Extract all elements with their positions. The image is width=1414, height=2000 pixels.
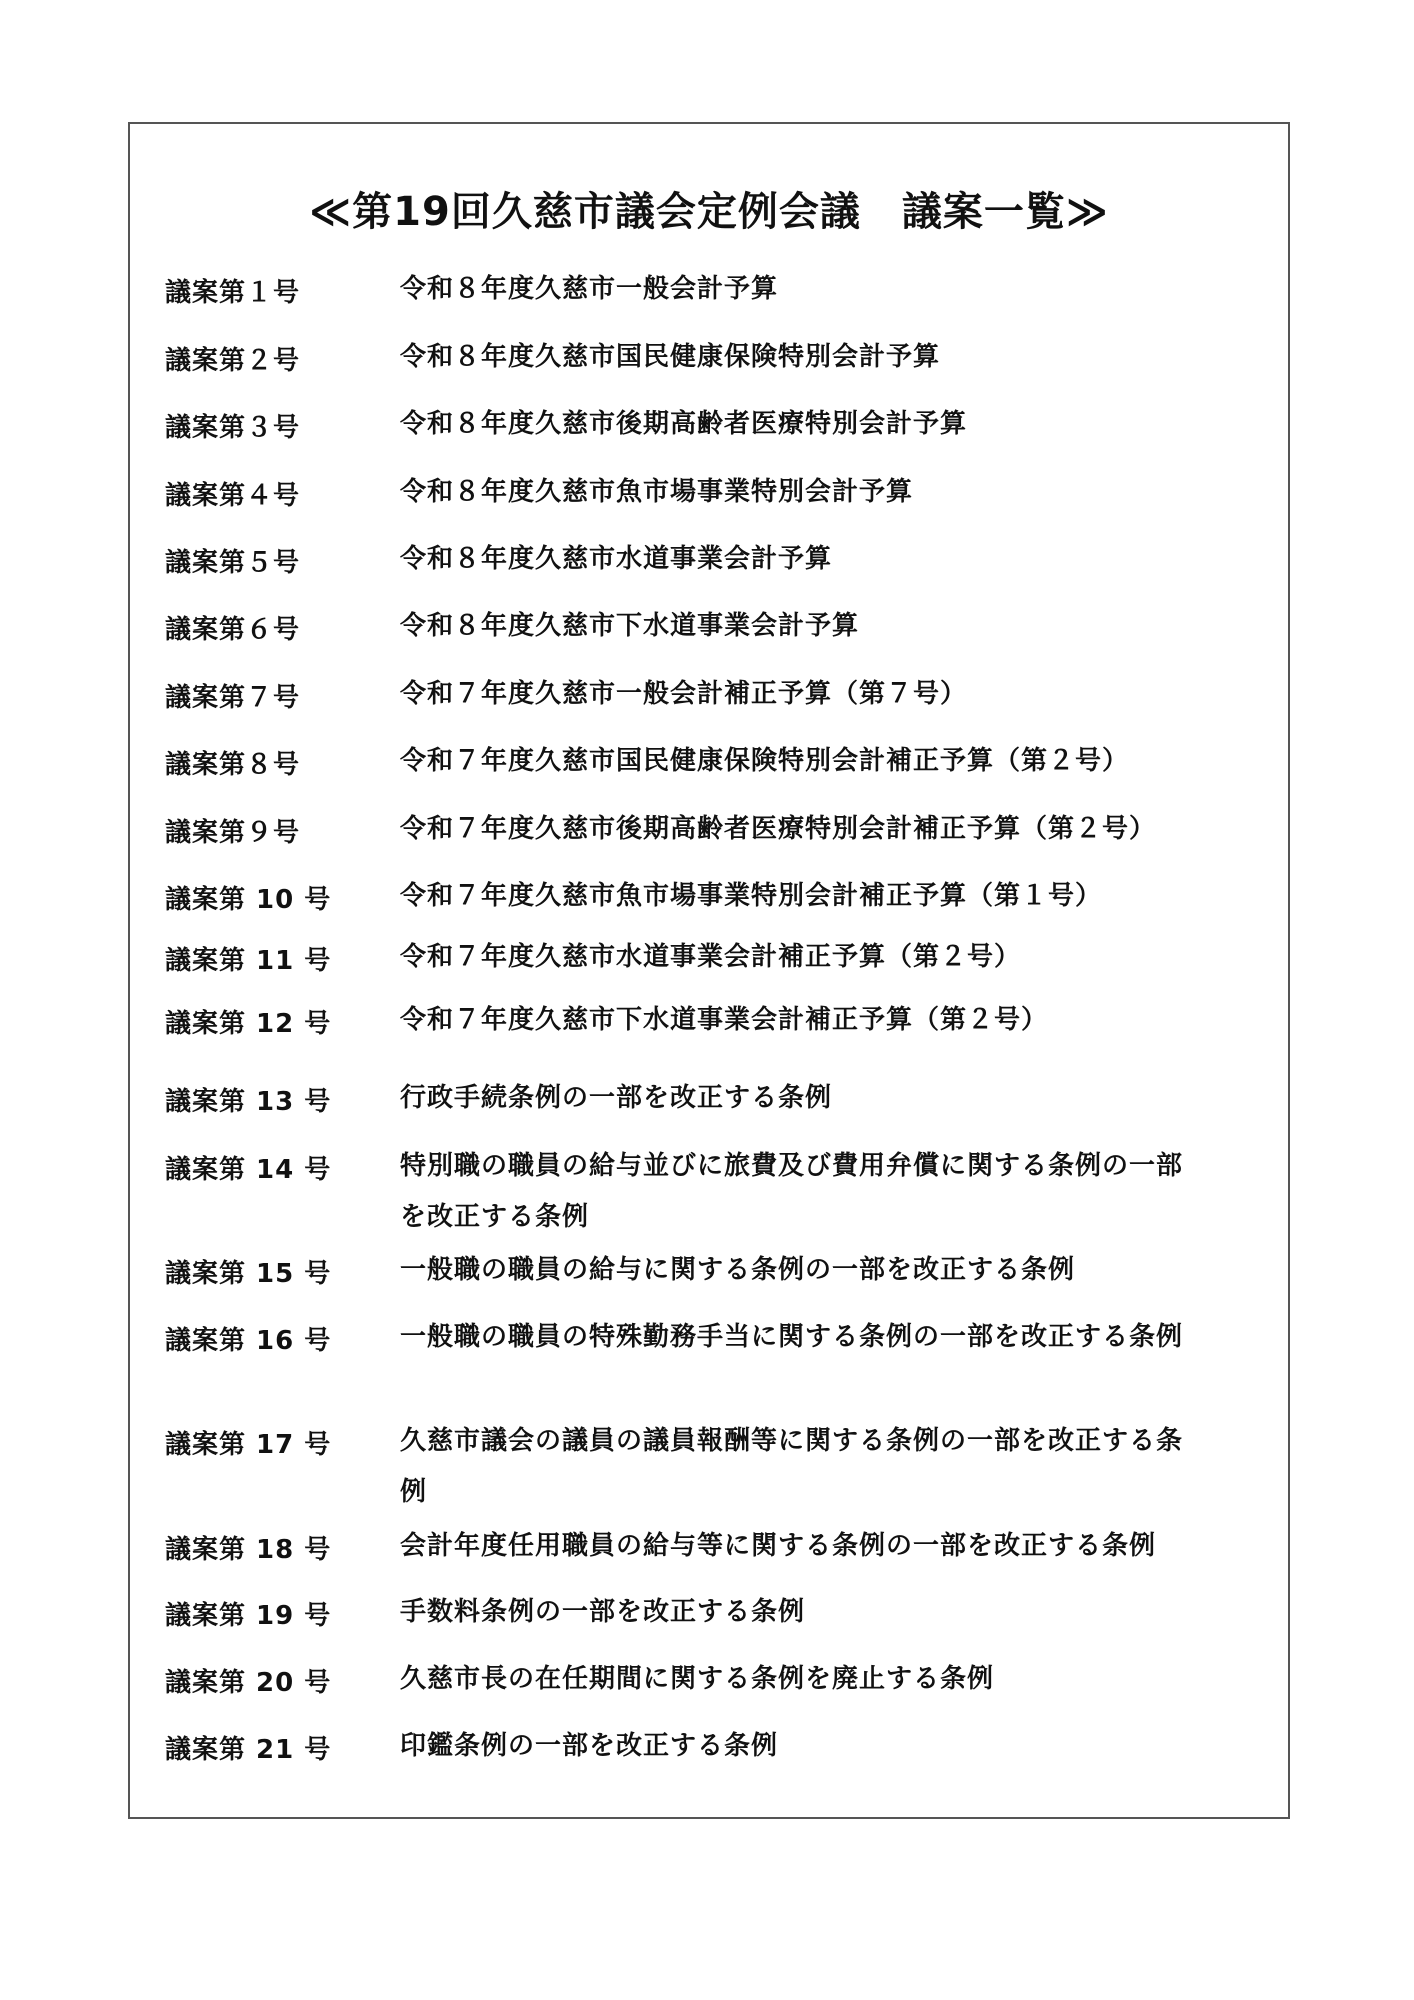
bill-title: 久慈市長の在任期間に関する条例を廃止する条例	[400, 1654, 1200, 1705]
bill-number: 議案第 21 号	[165, 1729, 331, 1766]
bill-number: 議案第５号	[165, 542, 300, 579]
bill-number: 議案第１号	[165, 272, 300, 309]
bill-number: 議案第６号	[165, 609, 300, 646]
bill-title: 一般職の職員の給与に関する条例の一部を改正する条例	[400, 1245, 1200, 1296]
bill-number: 議案第 20 号	[165, 1662, 331, 1699]
bill-title: 行政手続条例の一部を改正する条例	[400, 1073, 1200, 1124]
bill-title: 令和８年度久慈市国民健康保険特別会計予算	[400, 332, 1200, 383]
bill-number: 議案第 10 号	[165, 879, 331, 916]
bill-title: 令和８年度久慈市一般会計予算	[400, 264, 1200, 315]
bill-title: 令和７年度久慈市国民健康保険特別会計補正予算（第２号）	[400, 736, 1200, 787]
bill-number: 議案第３号	[165, 407, 300, 444]
bill-title: 令和７年度久慈市下水道事業会計補正予算（第２号）	[400, 995, 1200, 1046]
bill-number: 議案第２号	[165, 340, 300, 377]
page-title: ≪第19回久慈市議会定例会議 議案一覧≫	[128, 180, 1290, 237]
bill-title: 久慈市議会の議員の議員報酬等に関する条例の一部を改正する条例	[400, 1416, 1200, 1518]
bill-number: 議案第７号	[165, 677, 300, 714]
bill-title: 令和８年度久慈市魚市場事業特別会計予算	[400, 467, 1200, 518]
bill-number: 議案第９号	[165, 812, 300, 849]
bill-number: 議案第 15 号	[165, 1253, 331, 1290]
bill-title: 印鑑条例の一部を改正する条例	[400, 1721, 1200, 1772]
bill-number: 議案第 12 号	[165, 1003, 331, 1040]
bill-title: 特別職の職員の給与並びに旅費及び費用弁償に関する条例の一部を改正する条例	[400, 1141, 1200, 1243]
bill-title: 令和８年度久慈市下水道事業会計予算	[400, 601, 1200, 652]
bill-title: 会計年度任用職員の給与等に関する条例の一部を改正する条例	[400, 1521, 1200, 1572]
bill-number: 議案第 19 号	[165, 1595, 331, 1632]
bill-title: 手数料条例の一部を改正する条例	[400, 1587, 1200, 1638]
bill-title: 令和８年度久慈市後期高齢者医療特別会計予算	[400, 399, 1200, 450]
bill-title: 令和７年度久慈市一般会計補正予算（第７号）	[400, 669, 1200, 720]
bill-title: 令和７年度久慈市後期高齢者医療特別会計補正予算（第２号）	[400, 804, 1200, 855]
bill-title: 令和７年度久慈市水道事業会計補正予算（第２号）	[400, 932, 1200, 983]
bill-number: 議案第 11 号	[165, 940, 331, 977]
bill-number: 議案第４号	[165, 475, 300, 512]
bill-number: 議案第 16 号	[165, 1320, 331, 1357]
bill-number: 議案第 17 号	[165, 1424, 331, 1461]
bill-title: 令和８年度久慈市水道事業会計予算	[400, 534, 1200, 585]
bill-number: 議案第 14 号	[165, 1149, 331, 1186]
bill-number: 議案第８号	[165, 744, 300, 781]
bill-number: 議案第 18 号	[165, 1529, 331, 1566]
bill-title: 令和７年度久慈市魚市場事業特別会計補正予算（第１号）	[400, 871, 1200, 922]
bill-number: 議案第 13 号	[165, 1081, 331, 1118]
bill-title: 一般職の職員の特殊勤務手当に関する条例の一部を改正する条例	[400, 1312, 1200, 1363]
